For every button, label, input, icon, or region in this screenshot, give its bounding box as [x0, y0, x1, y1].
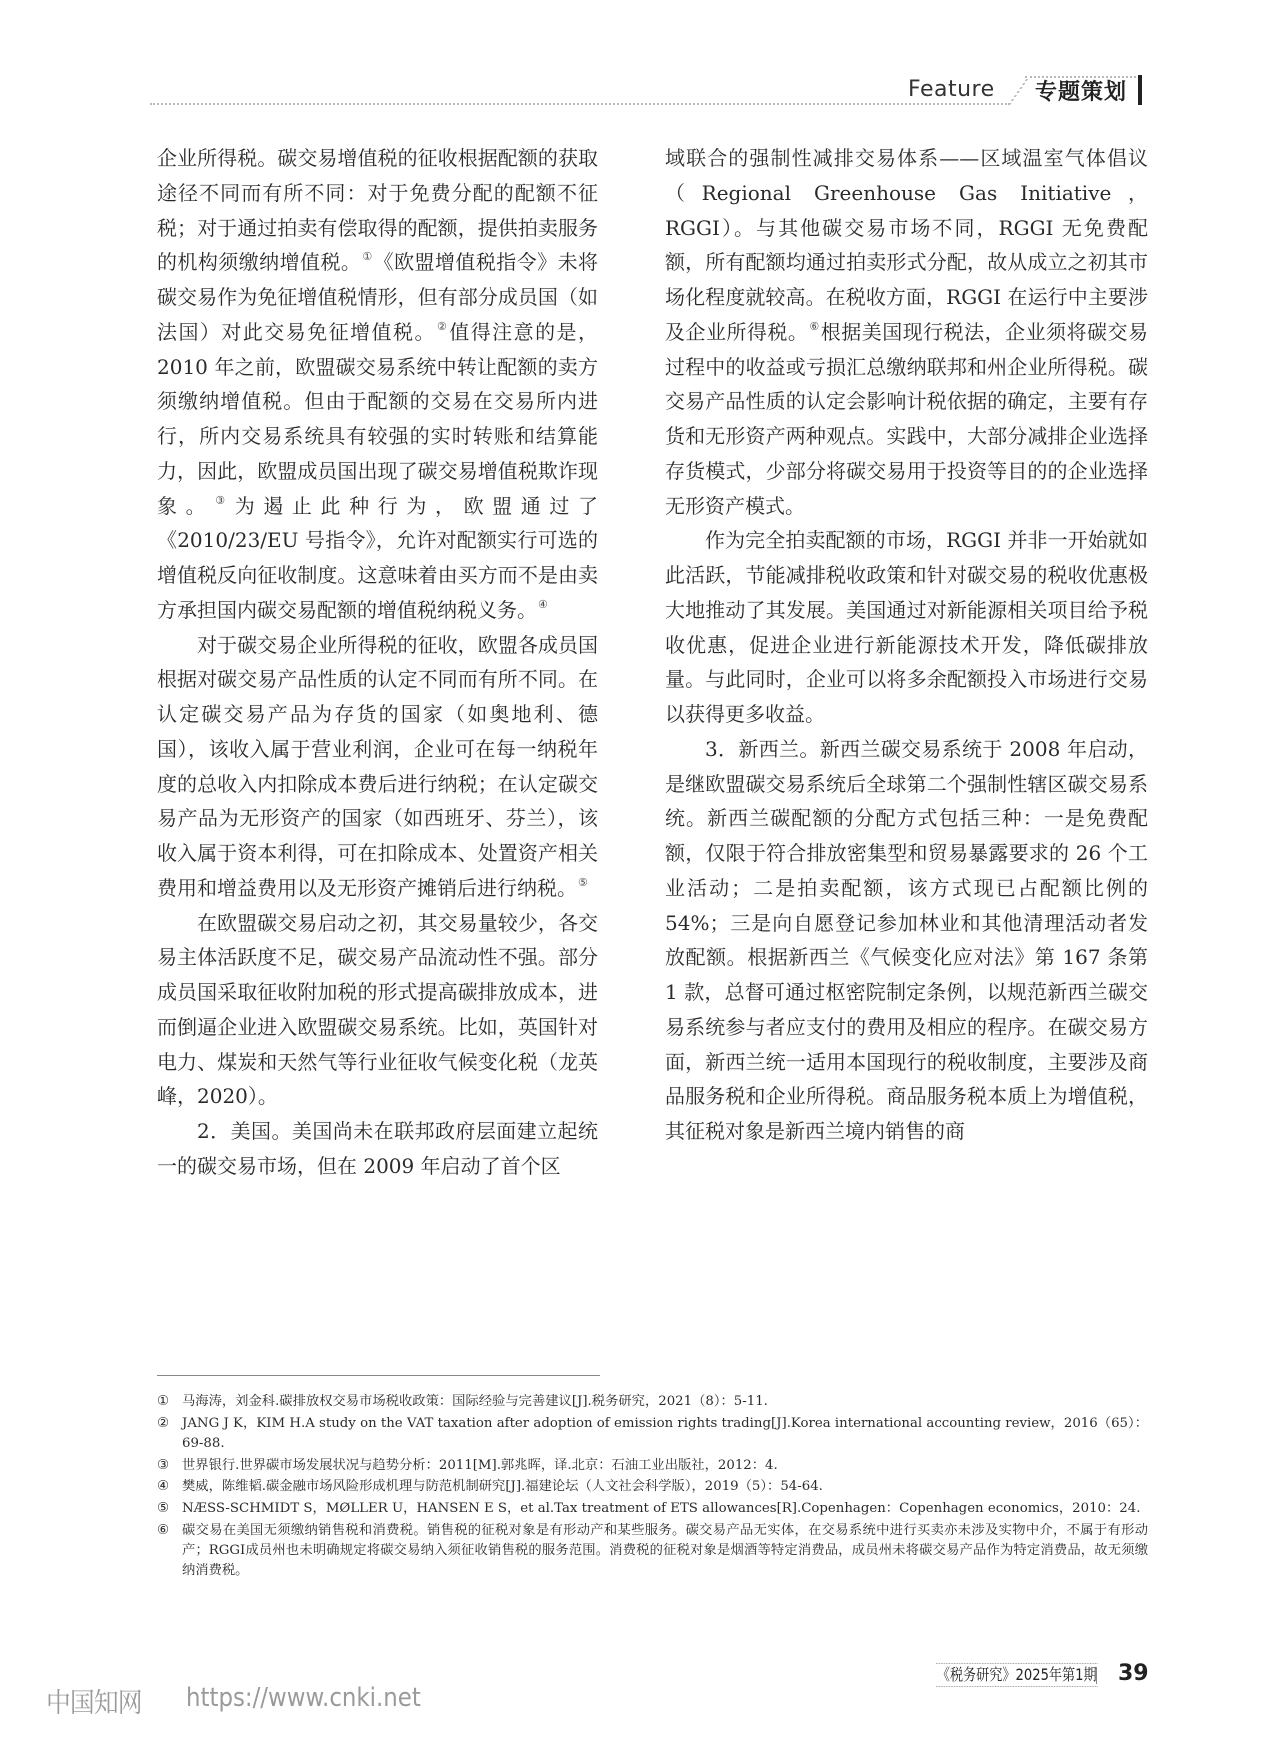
header-vertical-bar — [1138, 75, 1142, 105]
footnote-ref-3[interactable]: ③ — [215, 494, 233, 507]
footer-separator — [1096, 1667, 1097, 1684]
cnki-watermark-brand: 中国知网 — [46, 1681, 142, 1720]
paragraph-rggi-auction: 作为完全拍卖配额的市场，RGGI 并非一开始就如此活跃，节能减排税收政策和针对碳… — [665, 523, 1148, 732]
paragraph-eu-early-stage: 在欧盟碳交易启动之初，其交易量较少，各交易主体活跃度不足，碳交易产品流动性不强。… — [157, 906, 598, 1115]
footnote-item: ③ 世界银行.世界碳市场发展状况与趋势分析：2011[M].郭兆晖，译.北京：石… — [157, 1456, 1148, 1476]
footnote-separator — [157, 1375, 600, 1376]
paragraph-rggi: 域联合的强制性减排交易体系——区域温室气体倡议（Regional Greenho… — [665, 141, 1148, 523]
paragraph-new-zealand: 3．新西兰。新西兰碳交易系统于 2008 年启动，是继欧盟碳交易系统后全球第二个… — [665, 732, 1148, 1149]
footnote-number: ① — [157, 1392, 169, 1412]
section-label-en: Feature — [908, 77, 995, 102]
text-run: 对于碳交易企业所得税的征收，欧盟各成员国根据对碳交易产品性质的认定不同而有所不同… — [157, 633, 598, 900]
footnote-text: JANG J K，KIM H.A study on the VAT taxati… — [182, 1416, 1148, 1451]
header-dotted-rule — [150, 103, 1010, 105]
footnote-text: NÆSS-SCHMIDT S，MØLLER U，HANSEN E S，et al… — [182, 1501, 1140, 1516]
footnote-number: ③ — [157, 1456, 169, 1476]
footnote-ref-4[interactable]: ④ — [538, 598, 548, 611]
footnote-item: ⑤ NÆSS-SCHMIDT S，MØLLER U，HANSEN E S，et … — [157, 1499, 1148, 1519]
footnote-text: 马海涛，刘金科.碳排放权交易市场税收政策：国际经验与完善建议[J].税务研究，2… — [182, 1394, 768, 1409]
footnote-text: 世界银行.世界碳市场发展状况与趋势分析：2011[M].郭兆晖，译.北京：石油工… — [182, 1458, 778, 1473]
section-label-zh: 专题策划 — [1035, 75, 1127, 106]
footnote-text: 樊威，陈维韬.碳金融市场风险形成机理与防范机制研究[J].福建论坛（人文社会科学… — [182, 1479, 823, 1494]
text-run: 为遏止此种行为，欧盟通过了《2010/23/EU 号指令》，允许对配额实行可选的… — [157, 494, 598, 622]
text-run: 域联合的强制性减排交易体系——区域温室气体倡议（Regional Greenho… — [665, 146, 1148, 344]
header-slant-divider — [1008, 79, 1030, 105]
text-run: 根据美国现行税法，企业须将碳交易过程中的收益或亏损汇总缴纳联邦和州企业所得税。碳… — [665, 320, 1148, 518]
footnote-item: ⑥ 碳交易在美国无须缴纳销售税和消费税。销售税的征税对象是有形动产和某些服务。碳… — [157, 1521, 1148, 1582]
footnote-item: ① 马海涛，刘金科.碳排放权交易市场税收政策：国际经验与完善建议[J].税务研究… — [157, 1392, 1148, 1412]
footnote-ref-2[interactable]: ② — [437, 320, 448, 333]
footnote-number: ⑥ — [157, 1521, 169, 1541]
text-run: 值得注意的是，2010 年之前，欧盟碳交易系统中转让配额的卖方须缴纳增值税。但由… — [157, 320, 598, 518]
cnki-watermark-url[interactable]: https://www.cnki.net — [186, 1683, 421, 1713]
footnotes-list: ① 马海涛，刘金科.碳排放权交易市场税收政策：国际经验与完善建议[J].税务研究… — [157, 1392, 1148, 1583]
footnote-text: 碳交易在美国无须缴纳销售税和消费税。销售税的征税对象是有形动产和某些服务。碳交易… — [182, 1523, 1148, 1578]
journal-issue-label: 《税务研究》2025年第1期 — [936, 1663, 1097, 1687]
footnote-number: ② — [157, 1414, 169, 1434]
paragraph-eu-income-tax: 对于碳交易企业所得税的征收，欧盟各成员国根据对碳交易产品性质的认定不同而有所不同… — [157, 628, 598, 906]
footnote-ref-6[interactable]: ⑥ — [809, 320, 819, 333]
paragraph-usa-heading: 2．美国。美国尚未在联邦政府层面建立起统一的碳交易市场，但在 2009 年启动了… — [157, 1114, 598, 1184]
footnote-ref-5[interactable]: ⑤ — [578, 876, 588, 889]
right-column: 域联合的强制性减排交易体系——区域温室气体倡议（Regional Greenho… — [665, 141, 1148, 1149]
footnote-number: ④ — [157, 1477, 169, 1497]
footnote-item: ② JANG J K，KIM H.A study on the VAT taxa… — [157, 1414, 1148, 1454]
footnote-number: ⑤ — [157, 1499, 169, 1519]
page-number: 39 — [1118, 1661, 1149, 1686]
paragraph-eu-vat: 企业所得税。碳交易增值税的征收根据配额的获取途径不同而有所不同：对于免费分配的配… — [157, 141, 598, 628]
left-column: 企业所得税。碳交易增值税的征收根据配额的获取途径不同而有所不同：对于免费分配的配… — [157, 141, 598, 1184]
footnote-ref-1[interactable]: ① — [362, 250, 372, 263]
footnote-item: ④ 樊威，陈维韬.碳金融市场风险形成机理与防范机制研究[J].福建论坛（人文社会… — [157, 1477, 1148, 1497]
